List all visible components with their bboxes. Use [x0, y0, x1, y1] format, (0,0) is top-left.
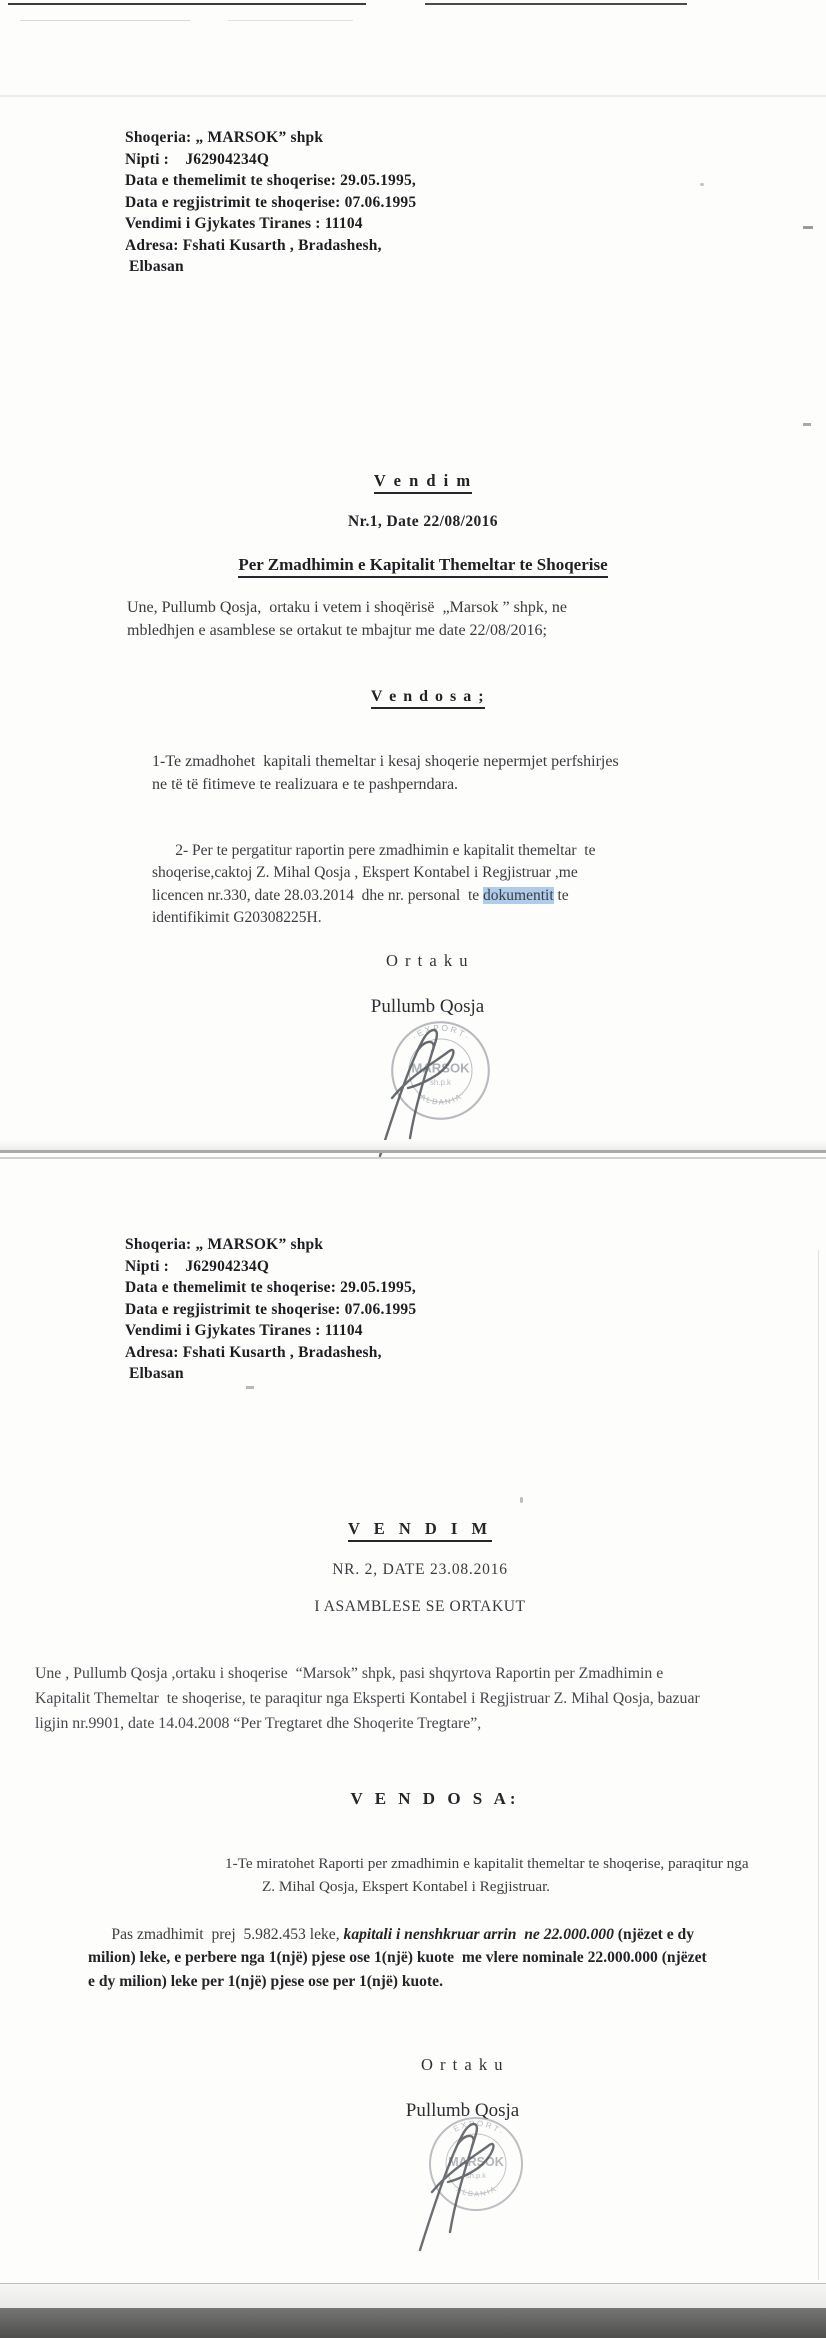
company-name: Shoqeria: „ MARSOK” shpk — [125, 127, 416, 149]
registration-date: Data e regjistrimit te shoqerise: 07.06.… — [125, 1299, 416, 1321]
resolution-item-line-1: 1-Te miratohet Raporti per zmadhimin e k… — [225, 1855, 749, 1873]
company-header: Shoqeria: „ MARSOK” shpk Nipti : J629042… — [125, 127, 416, 278]
decision-heading: V E N D I M — [110, 1519, 730, 1542]
decision-heading-text: V e n d i m — [374, 471, 472, 494]
resolution-heading: V e n d o s a ; — [113, 688, 743, 709]
signature-ink — [398, 2108, 508, 2258]
signature-stroke — [420, 2124, 477, 2250]
founding-date: Data e themelimit te shoqerise: 29.05.19… — [125, 1277, 416, 1299]
signer-role: O r t a k u — [115, 951, 740, 971]
scan-artifact — [8, 3, 366, 5]
address-line: Adresa: Fshati Kusarth , Bradashesh, — [125, 1342, 416, 1364]
signature-ink — [358, 1014, 468, 1164]
address-city: Elbasan — [125, 1363, 416, 1385]
subject-heading: Per Zmadhimin e Kapitalit Themeltar te S… — [113, 555, 733, 578]
company-stamp: · E X P O R T · · A L B A N I A · MARSOK… — [398, 2108, 538, 2258]
capital-paragraph-lead: Pas zmadhimit prej 5.982.453 leke, — [111, 1926, 343, 1943]
decision-subtitle: I ASAMBLESE SE ORTAKUT — [110, 1598, 730, 1616]
intro-paragraph: Une, Pullumb Qosja, ortaku i vetem i sho… — [127, 597, 767, 642]
company-nipt: Nipti : J62904234Q — [125, 1256, 416, 1278]
signer-role: O r t a k u — [150, 2055, 775, 2075]
registration-date: Data e regjistrimit te shoqerise: 07.06.… — [125, 192, 416, 214]
court-decision: Vendimi i Gjykates Tiranes : 11104 — [125, 213, 416, 235]
bottom-edge-fade — [0, 2284, 826, 2308]
signature-stroke — [380, 1030, 437, 1156]
decision-heading-text: V E N D I M — [348, 1519, 492, 1542]
subject-heading-text: Per Zmadhimin e Kapitalit Themeltar te S… — [238, 555, 607, 578]
founding-date: Data e themelimit te shoqerise: 29.05.19… — [125, 170, 416, 192]
decision-heading: V e n d i m — [113, 471, 733, 494]
bottom-edge-line — [0, 2283, 826, 2284]
intro-paragraph: Une , Pullumb Qosja ,ortaku i shoqerise … — [35, 1661, 810, 1737]
item2-highlighted-word: dokumentit — [483, 887, 554, 904]
capital-paragraph: Pas zmadhimit prej 5.982.453 leke, kapit… — [88, 1899, 818, 2017]
resolution-item-1: 1-Te zmadhohet kapitali themeltar i kesa… — [152, 751, 772, 796]
company-stamp: · E X P O R T · · A L B A N I A · MARSOK… — [358, 1014, 498, 1164]
page-1: Shoqeria: „ MARSOK” shpk Nipti : J629042… — [0, 96, 826, 1150]
scanner-bed-band — [0, 2308, 826, 2338]
company-header: Shoqeria: „ MARSOK” shpk Nipti : J629042… — [125, 1234, 416, 1385]
resolution-item-2: 2- Per te pergatitur raportin pere zmadh… — [152, 817, 772, 952]
scan-artifact — [425, 3, 687, 5]
page-2: Shoqeria: „ MARSOK” shpk Nipti : J629042… — [0, 1160, 826, 2283]
scan-artifact — [228, 20, 353, 21]
scan-artifact — [20, 20, 190, 21]
company-name: Shoqeria: „ MARSOK” shpk — [125, 1234, 416, 1256]
resolution-item-line-2: Z. Mihal Qosja, Ekspert Kontabel i Regji… — [262, 1878, 550, 1896]
capital-paragraph-emphasis: kapitali i nenshkruar arrin ne 22.000.00… — [344, 1926, 614, 1943]
address-city: Elbasan — [125, 256, 416, 278]
decision-number: Nr.1, Date 22/08/2016 — [113, 513, 733, 531]
resolution-heading: V E N D O S A: — [120, 1789, 750, 1809]
company-nipt: Nipti : J62904234Q — [125, 149, 416, 171]
decision-number: NR. 2, DATE 23.08.2016 — [110, 1561, 730, 1579]
resolution-heading-text: V e n d o s a ; — [371, 688, 485, 709]
address-line: Adresa: Fshati Kusarth , Bradashesh, — [125, 235, 416, 257]
scanned-document: Shoqeria: „ MARSOK” shpk Nipti : J629042… — [0, 0, 826, 2338]
court-decision: Vendimi i Gjykates Tiranes : 11104 — [125, 1320, 416, 1342]
